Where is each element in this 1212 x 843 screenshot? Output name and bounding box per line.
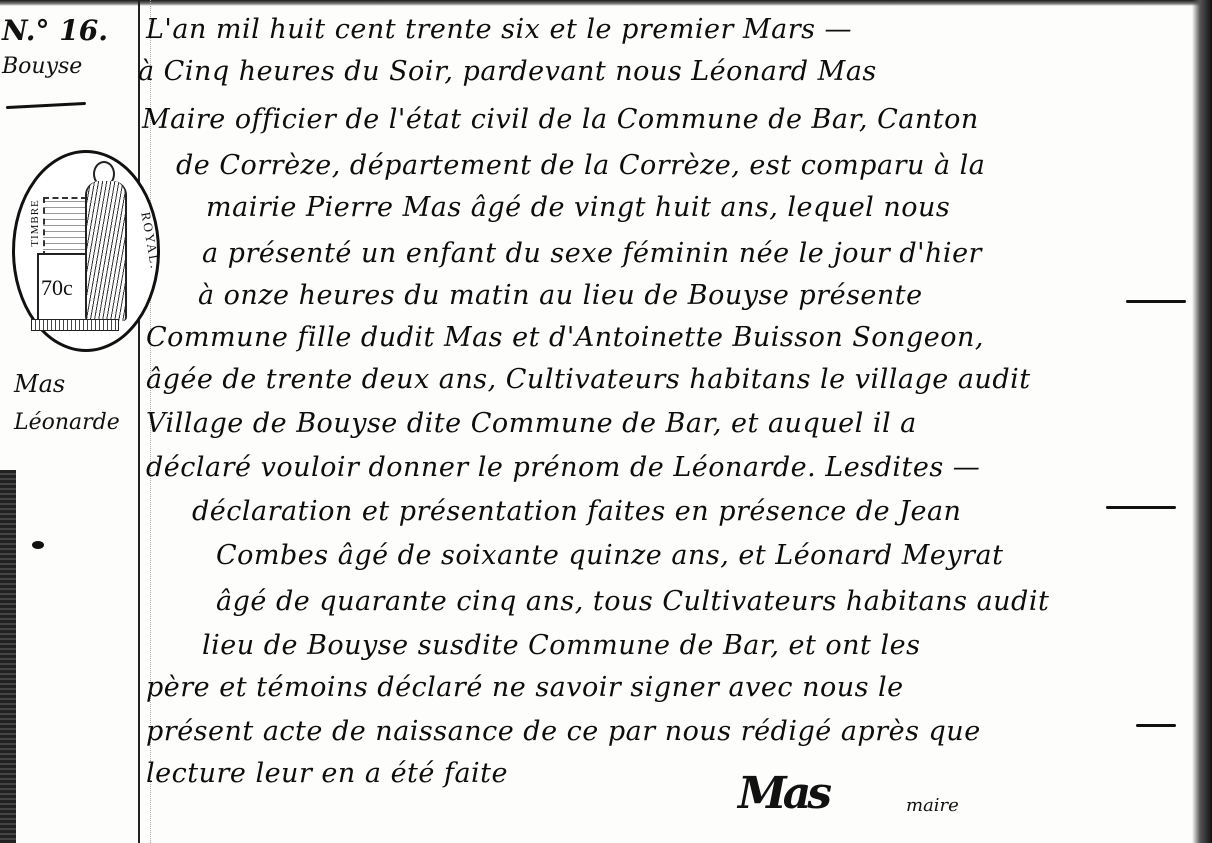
stamp-base-icon [31, 319, 119, 331]
line-end-flourish [1136, 724, 1176, 727]
entry-line: déclaration et présentation faites en pr… [192, 496, 961, 527]
entry-line: Village de Bouyse dite Commune de Bar, e… [146, 408, 917, 439]
stamp-timbre-text: TIMBRE [29, 199, 41, 247]
margin-flourish [6, 102, 86, 109]
stamp-value: 70c [41, 275, 73, 301]
stamp-tablet-icon [43, 197, 87, 257]
margin-surname: Mas [14, 370, 65, 398]
entry-line: Combes âgé de soixante quinze ans, et Lé… [216, 540, 1003, 571]
entry-line: L'an mil huit cent trente six et le prem… [146, 14, 852, 45]
entry-body: L'an mil huit cent trente six et le prem… [146, 0, 1196, 843]
entry-line: déclaré vouloir donner le prénom de Léon… [146, 452, 980, 483]
entry-number: N.° 16. [2, 14, 108, 47]
mayor-title: maire [906, 795, 959, 816]
entry-line: mairie Pierre Mas âgé de vingt huit ans,… [206, 192, 950, 223]
entry-line: père et témoins déclaré ne savoir signer… [146, 672, 904, 703]
ink-blot [32, 541, 44, 549]
margin-column: N.° 16. Bouyse TIMBRE 70c ROYAL. Mas Léo… [0, 0, 138, 843]
margin-place: Bouyse [2, 54, 82, 79]
entry-line: lieu de Bouyse susdite Commune de Bar, e… [202, 630, 920, 661]
line-end-flourish [1106, 506, 1176, 509]
entry-line: a présenté un enfant du sexe féminin née… [202, 238, 982, 269]
entry-line: de Corrèze, département de la Corrèze, e… [176, 150, 985, 181]
entry-line: âgé de quarante cinq ans, tous Cultivate… [216, 586, 1049, 617]
entry-line: à onze heures du matin au lieu de Bouyse… [198, 280, 923, 311]
entry-line: lecture leur en a été faite [146, 758, 508, 789]
entry-line: Commune fille dudit Mas et d'Antoinette … [146, 322, 984, 353]
stamp-figure-icon [85, 181, 127, 321]
entry-line: présent acte de naissance de ce par nous… [146, 716, 981, 747]
mayor-signature: Mas [738, 768, 828, 819]
register-page: N.° 16. Bouyse TIMBRE 70c ROYAL. Mas Léo… [0, 0, 1212, 843]
margin-rule [138, 0, 140, 843]
entry-line: âgée de trente deux ans, Cultivateurs ha… [146, 364, 1031, 395]
entry-line: Maire officier de l'état civil de la Com… [142, 104, 979, 135]
entry-line: à Cinq heures du Soir, pardevant nous Lé… [138, 56, 877, 87]
margin-given-name: Léonarde [14, 410, 120, 435]
line-end-flourish [1126, 300, 1186, 303]
royal-stamp: TIMBRE 70c ROYAL. [12, 150, 160, 352]
